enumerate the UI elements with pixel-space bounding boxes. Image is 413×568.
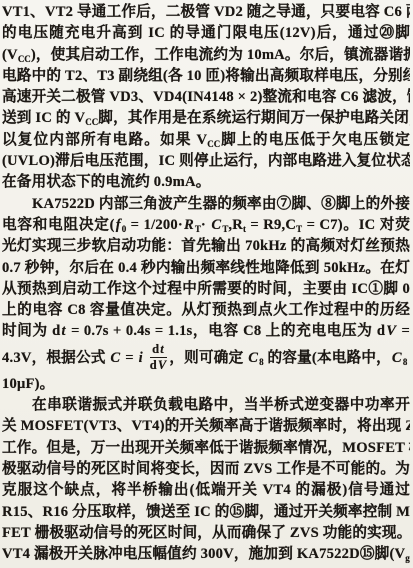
- text-line: FET 栅极驱动信号的死区时间，从而确保了 ZVS 功能的实现。: [2, 523, 410, 544]
- text-line: 工作。但是，万一出现开关频率低于谐振频率情况，MOSFET 栅: [2, 438, 410, 459]
- text-line: (VCC)，使其启动工作，工作电流约为 10mA。尔后，镇流器谐振: [2, 45, 410, 66]
- text-line: 电容和电阻决定(f0 = 1/200·RT· CT,Rt = R9,CT = C…: [2, 215, 410, 236]
- body-text: VT1、VT2 导通工作后，二极管 VD2 随之导通，只要电容 C6 两端的电压…: [2, 2, 410, 565]
- text-line: 关 MOSFET(VT3、VT4)的开关频率高于谐振频率时，将出现 ZVS: [2, 416, 410, 437]
- text-line: 从预热到启动工作这个过程中所需要的时间，主要由 IC①脚 0: [2, 279, 410, 300]
- text-line: 10μF)。: [2, 374, 410, 395]
- text-line: 时间为 dt = 0.7s + 0.4s = 1.1s，电容 C8 上的充电电压…: [2, 321, 410, 342]
- text-line: VT4 漏极开关脉冲电压幅值约 300V，施加到 KA7522D⑮脚(Vgs): [2, 544, 410, 565]
- text-line: 送到 IC 的 VCC脚，其作用是在系统运行期间万一保护电路关闭，: [2, 108, 410, 129]
- text-line: 克服这个缺点，将半桥输出(低端开关 VT4 的漏极)信号通过: [2, 480, 410, 501]
- text-line: 0.7 秒钟，尔后在 0.4 秒内输出频率线性地降低到 50kHz。在灯: [2, 258, 410, 279]
- text-line: 4.3V，根据公式 C = i dtdV，则可确定 C8 的容量(本电路中，C8…: [2, 343, 410, 374]
- text-line: 的电压随充电升高到 IC 的导通门限电压(12V)后，通过⑳脚: [2, 23, 410, 44]
- text-line: (UVLO)滞后电压范围，IC 则停止运行，内部电路进入复位状态，: [2, 151, 410, 172]
- scanned-page: VT1、VT2 导通工作后，二极管 VD2 随之导通，只要电容 C6 两端的电压…: [0, 0, 413, 568]
- text-line: 极驱动信号的死区时间将变长，因而 ZVS 工作是不可能的。为: [2, 459, 410, 480]
- text-line: 高速开关二极管 VD3、VD4(IN4148 × 2)整流和电容 C6 滤波，馈: [2, 87, 410, 108]
- text-line: 光灯实现三步软启动功能：首先输出 70kHz 的高频对灯丝预热: [2, 236, 410, 257]
- fraction: dtdV: [150, 343, 168, 372]
- text-line: R15、R16 分压取样，馈送至 IC 的⑮脚，通过开关频率控制 MOS-: [2, 502, 410, 523]
- text-line: VT1、VT2 导通工作后，二极管 VD2 随之导通，只要电容 C6 两端: [2, 2, 410, 23]
- text-line: 在备用状态下的电流约 0.9mA。: [2, 172, 410, 193]
- text-line: 在串联谐振式并联负载电路中，当半桥式逆变器中功率开: [2, 395, 410, 416]
- text-line: KA7522D 内部三角波产生器的频率由⑦脚、⑧脚上的外接: [2, 194, 410, 215]
- text-line: 电路中的 T2、T3 副绕组(各 10 匝)将输出高频取样电压，分别经: [2, 66, 410, 87]
- text-line: 以复位内部所有电路。如果 VCC脚上的电压低于欠电压锁定: [2, 130, 410, 151]
- text-line: 上的电容 C8 容量值决定。从灯预热到点火工作过程中的历经: [2, 300, 410, 321]
